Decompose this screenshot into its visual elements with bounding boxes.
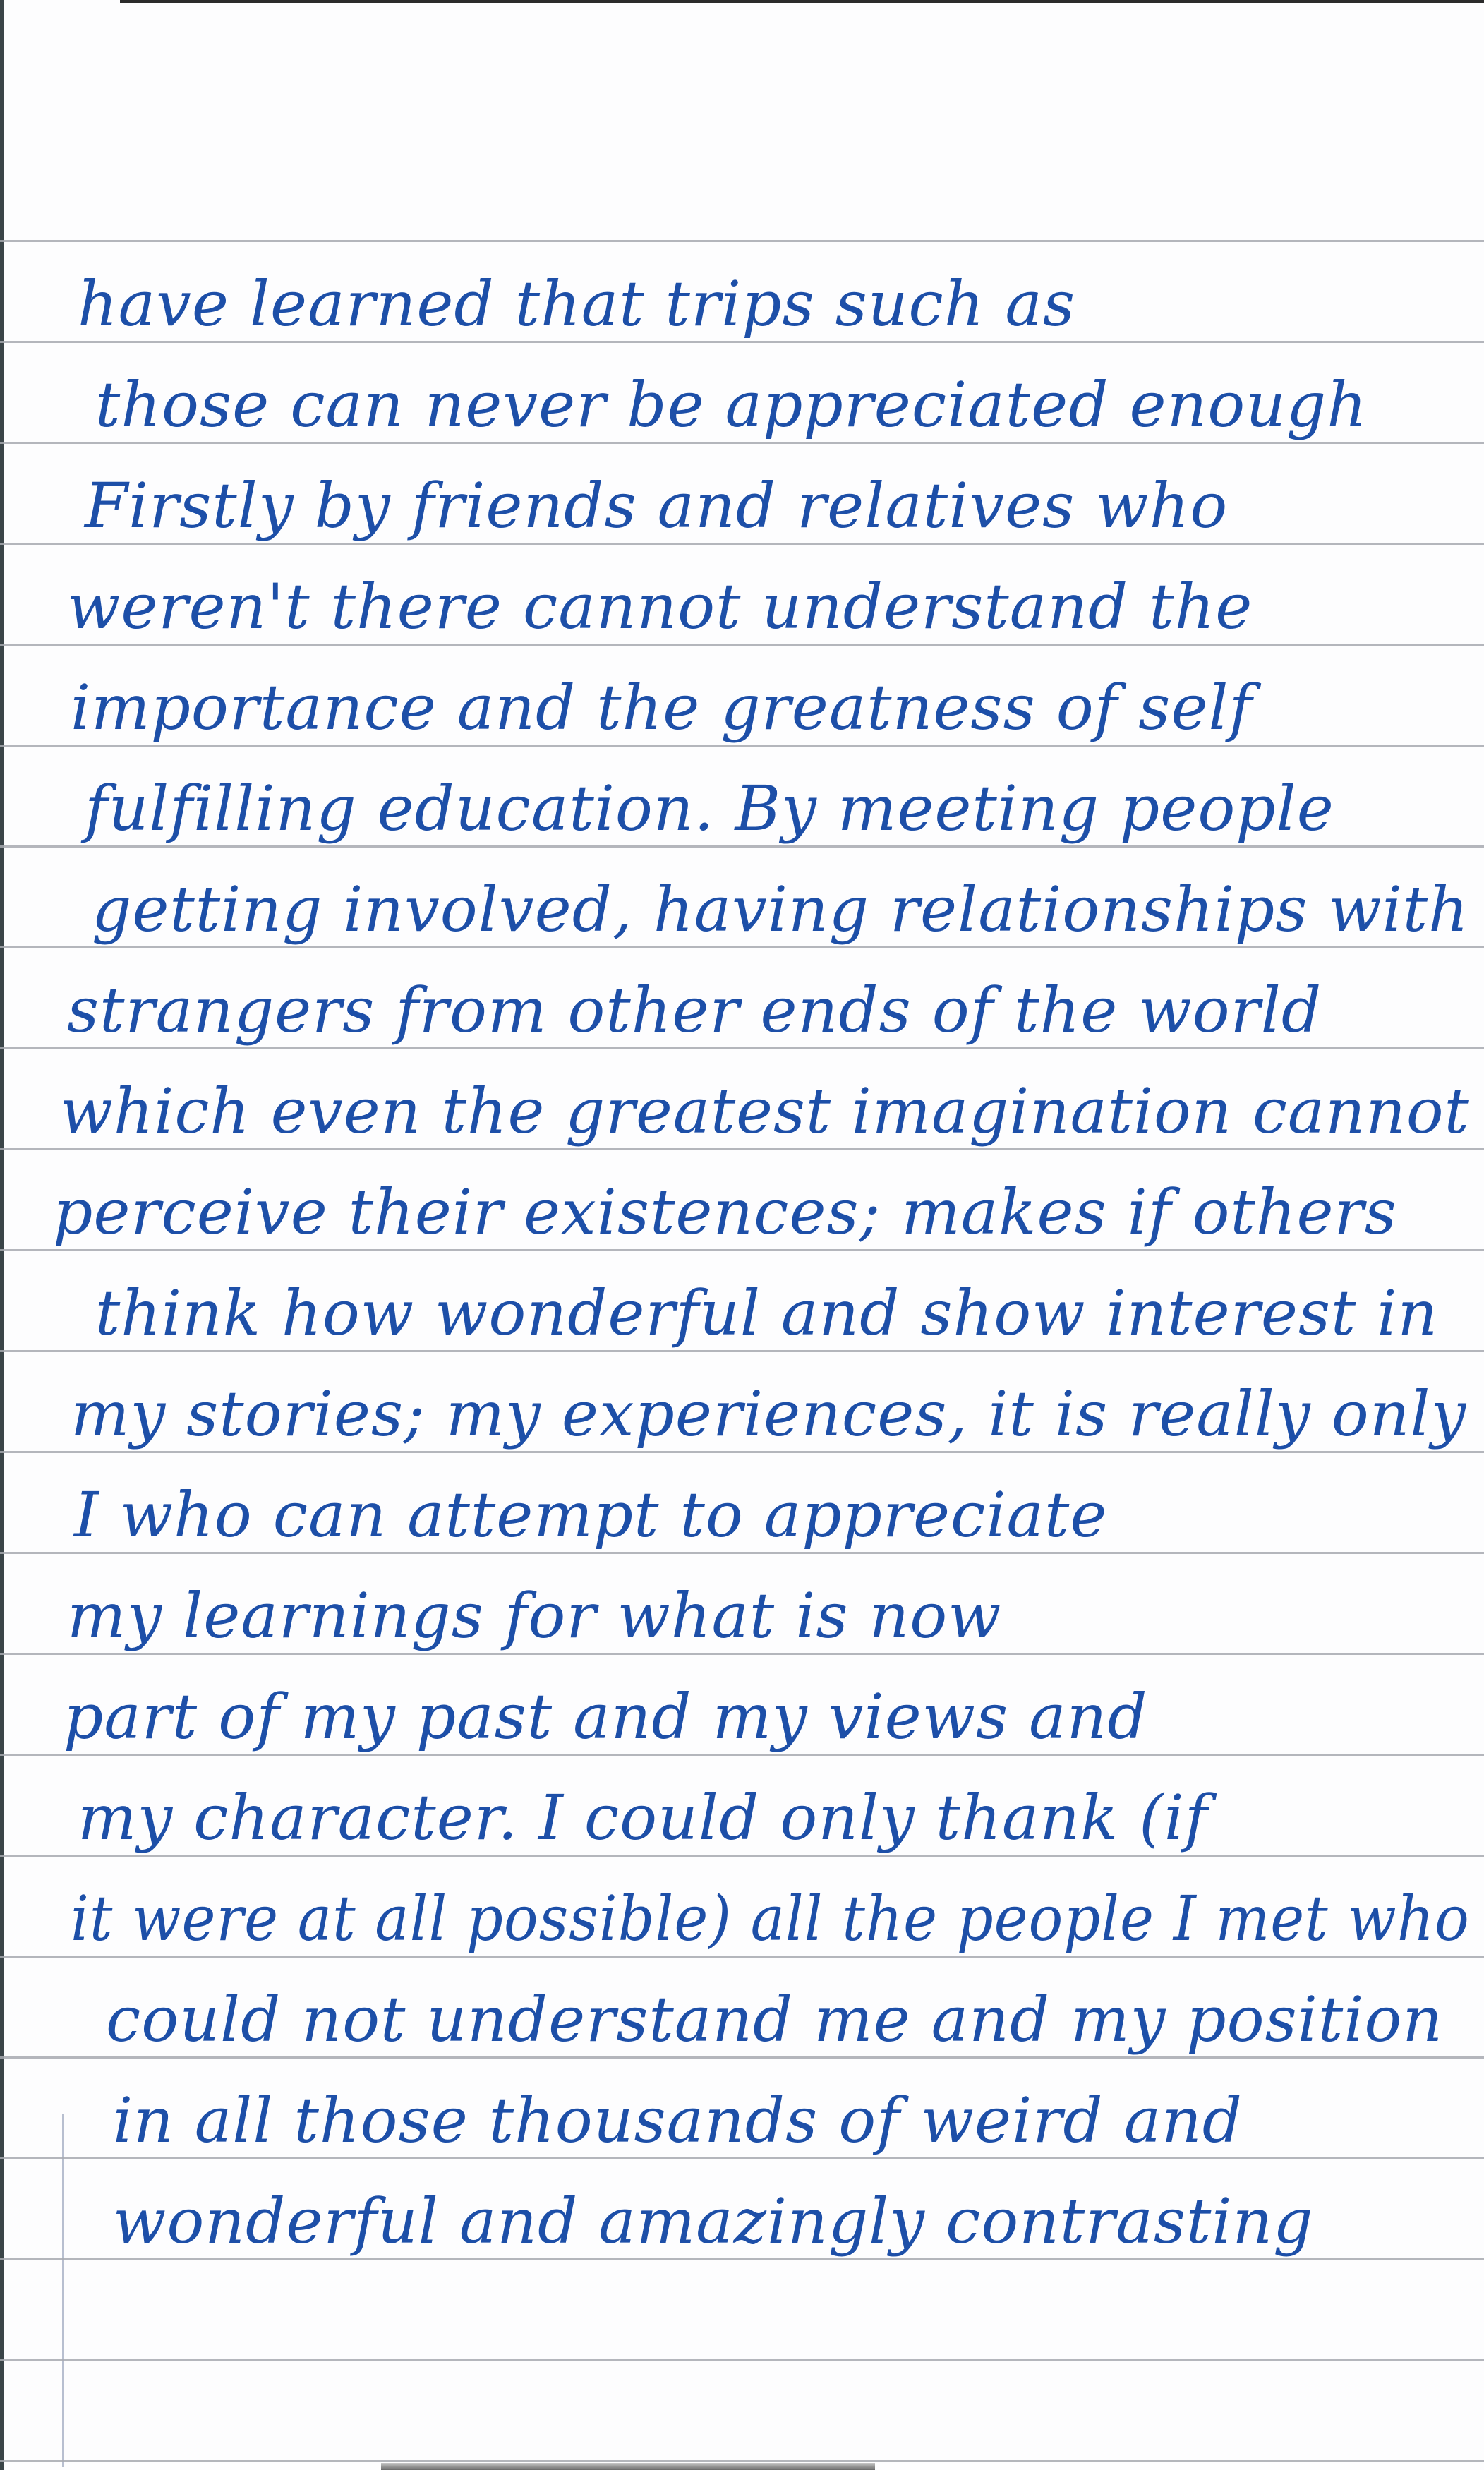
ruled-line: [0, 1754, 1484, 1756]
ruled-line: [0, 1956, 1484, 1958]
text-line: it were at all possible) all the people …: [0, 1879, 1484, 1950]
line-text: wonderful and amazingly contrasting: [113, 2191, 1314, 2253]
notebook-page: have learned that trips such as those ca…: [0, 0, 1484, 2470]
text-line: my character. I could only thank (if: [0, 1778, 1484, 1849]
ruled-line: [0, 946, 1484, 948]
page-top-shadow: [120, 0, 1484, 3]
text-line: wonderful and amazingly contrasting: [0, 2182, 1484, 2253]
line-text: which even the greatest imagination cann…: [60, 1080, 1470, 1143]
ruled-line: [0, 1552, 1484, 1554]
ruled-line: [0, 2460, 1484, 2462]
ruled-line: [0, 442, 1484, 444]
ruled-line: [0, 1653, 1484, 1655]
ruled-line: [0, 1451, 1484, 1453]
ruled-line: [0, 1047, 1484, 1049]
text-line: I who can attempt to appreciate: [0, 1476, 1484, 1546]
text-line: my learnings for what is now: [0, 1577, 1484, 1647]
text-line: could not understand me and my position: [0, 1980, 1484, 2051]
text-line: which even the greatest imagination cann…: [0, 1072, 1484, 1143]
ruled-line: [0, 240, 1484, 242]
line-text: it were at all possible) all the people …: [71, 1888, 1470, 1950]
line-text: part of my past and my views and: [64, 1686, 1148, 1748]
ruled-line: [0, 2359, 1484, 2361]
text-line: think how wonderful and show interest in: [0, 1274, 1484, 1344]
ruled-line: [0, 543, 1484, 545]
text-line: in all those thousands of weird and: [0, 2081, 1484, 2152]
text-line: my stories; my experiences, it is really…: [0, 1375, 1484, 1445]
line-text: my character. I could only thank (if: [78, 1787, 1208, 1849]
line-text: Firstly by friends and relatives who: [85, 475, 1228, 537]
ruled-line: [0, 2258, 1484, 2260]
line-text: perceive their existences; makes if othe…: [53, 1181, 1397, 1243]
ruled-line: [0, 845, 1484, 848]
line-text: think how wonderful and show interest in: [95, 1282, 1438, 1344]
line-text: importance and the greatness of self: [71, 677, 1253, 739]
ruled-line: [0, 341, 1484, 343]
line-text: strangers from other ends of the world: [67, 980, 1322, 1042]
text-line: getting involved, having relationships w…: [0, 870, 1484, 941]
line-text: my learnings for what is now: [67, 1585, 1002, 1647]
ruled-line: [0, 745, 1484, 747]
text-line: part of my past and my views and: [0, 1677, 1484, 1748]
line-text: those can never be appreciated enough: [95, 374, 1368, 436]
line-text: getting involved, having relationships w…: [92, 879, 1469, 941]
ruled-line: [0, 2157, 1484, 2159]
text-line: perceive their existences; makes if othe…: [0, 1173, 1484, 1243]
line-text: have learned that trips such as: [78, 273, 1075, 335]
text-line: have learned that trips such as: [0, 265, 1484, 335]
text-line: weren't there cannot understand the: [0, 567, 1484, 638]
line-text: in all those thousands of weird and: [113, 2090, 1243, 2152]
text-line: importance and the greatness of self: [0, 668, 1484, 739]
ruled-line: [0, 1855, 1484, 1857]
line-text: I who can attempt to appreciate: [74, 1484, 1107, 1546]
line-text: fulfilling education. By meeting people: [85, 778, 1334, 840]
text-line: Firstly by friends and relatives who: [0, 466, 1484, 537]
ruled-line: [0, 1249, 1484, 1251]
page-bottom-shadow: [381, 2463, 875, 2470]
line-text: weren't there cannot understand the: [67, 576, 1253, 638]
margin-line: [62, 2114, 64, 2467]
ruled-line: [0, 2056, 1484, 2059]
ruled-line: [0, 1350, 1484, 1352]
text-line: strangers from other ends of the world: [0, 971, 1484, 1042]
ruled-line: [0, 1148, 1484, 1150]
line-text: could not understand me and my position: [106, 1989, 1443, 2051]
ruled-line: [0, 644, 1484, 646]
text-line: fulfilling education. By meeting people: [0, 769, 1484, 840]
text-line: those can never be appreciated enough: [0, 366, 1484, 436]
line-text: my stories; my experiences, it is really…: [71, 1383, 1466, 1445]
